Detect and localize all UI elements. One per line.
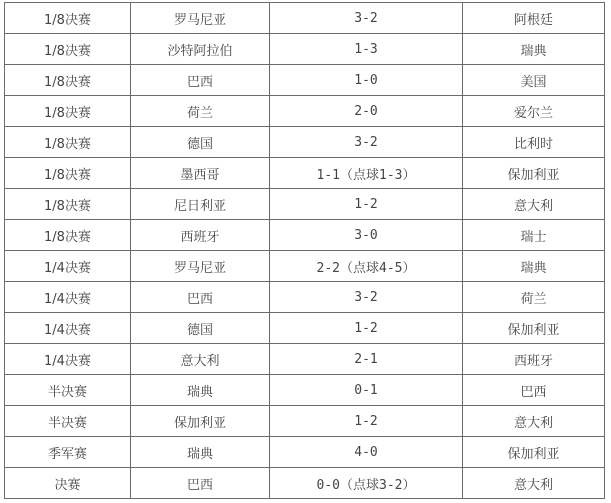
team1-cell: 西班牙	[131, 220, 270, 251]
team2-cell: 保加利亚	[463, 437, 605, 468]
team2-cell: 美国	[463, 65, 605, 96]
table-row: 1/8决赛西班牙3-0瑞士	[5, 220, 605, 251]
stage-cell: 半决赛	[5, 406, 131, 437]
table-row: 1/8决赛沙特阿拉伯1-3瑞典	[5, 34, 605, 65]
score-cell: 3-0	[270, 220, 463, 251]
score-cell: 4-0	[270, 437, 463, 468]
stage-cell: 1/8决赛	[5, 34, 131, 65]
team2-cell: 阿根廷	[463, 3, 605, 34]
team2-cell: 荷兰	[463, 282, 605, 313]
stage-cell: 1/8决赛	[5, 3, 131, 34]
team1-cell: 沙特阿拉伯	[131, 34, 270, 65]
team2-cell: 意大利	[463, 406, 605, 437]
score-cell: 3-2	[270, 127, 463, 158]
stage-cell: 1/4决赛	[5, 313, 131, 344]
team1-cell: 保加利亚	[131, 406, 270, 437]
score-cell: 1-2	[270, 313, 463, 344]
team1-cell: 意大利	[131, 344, 270, 375]
team1-cell: 瑞典	[131, 437, 270, 468]
table-row: 1/8决赛罗马尼亚3-2阿根廷	[5, 3, 605, 34]
team1-cell: 德国	[131, 313, 270, 344]
team1-cell: 巴西	[131, 468, 270, 499]
score-cell: 2-2（点球4-5）	[270, 251, 463, 282]
score-cell: 3-2	[270, 3, 463, 34]
table-row: 1/4决赛罗马尼亚2-2（点球4-5）瑞典	[5, 251, 605, 282]
team2-cell: 瑞典	[463, 251, 605, 282]
stage-cell: 1/8决赛	[5, 65, 131, 96]
score-cell: 1-2	[270, 189, 463, 220]
table-row: 1/4决赛意大利2-1西班牙	[5, 344, 605, 375]
team1-cell: 瑞典	[131, 375, 270, 406]
stage-cell: 半决赛	[5, 375, 131, 406]
team1-cell: 罗马尼亚	[131, 251, 270, 282]
stage-cell: 1/4决赛	[5, 282, 131, 313]
team2-cell: 爱尔兰	[463, 96, 605, 127]
table-row: 半决赛瑞典0-1巴西	[5, 375, 605, 406]
stage-cell: 决赛	[5, 468, 131, 499]
table-row: 1/8决赛德国3-2比利时	[5, 127, 605, 158]
stage-cell: 1/8决赛	[5, 189, 131, 220]
table-row: 1/8决赛巴西1-0美国	[5, 65, 605, 96]
stage-cell: 1/8决赛	[5, 127, 131, 158]
score-cell: 2-1	[270, 344, 463, 375]
team2-cell: 比利时	[463, 127, 605, 158]
stage-cell: 1/4决赛	[5, 251, 131, 282]
score-cell: 1-3	[270, 34, 463, 65]
team1-cell: 巴西	[131, 282, 270, 313]
stage-cell: 1/8决赛	[5, 96, 131, 127]
table-row: 1/8决赛墨西哥1-1（点球1-3）保加利亚	[5, 158, 605, 189]
score-cell: 2-0	[270, 96, 463, 127]
team1-cell: 巴西	[131, 65, 270, 96]
team2-cell: 意大利	[463, 468, 605, 499]
team2-cell: 瑞士	[463, 220, 605, 251]
table-row: 季军赛瑞典4-0保加利亚	[5, 437, 605, 468]
table-row: 1/8决赛荷兰2-0爱尔兰	[5, 96, 605, 127]
team2-cell: 瑞典	[463, 34, 605, 65]
score-cell: 0-1	[270, 375, 463, 406]
stage-cell: 1/8决赛	[5, 220, 131, 251]
team1-cell: 荷兰	[131, 96, 270, 127]
stage-cell: 季军赛	[5, 437, 131, 468]
table-row: 1/8决赛尼日利亚1-2意大利	[5, 189, 605, 220]
match-results-table: 1/8决赛罗马尼亚3-2阿根廷 1/8决赛沙特阿拉伯1-3瑞典 1/8决赛巴西1…	[4, 2, 605, 499]
team1-cell: 尼日利亚	[131, 189, 270, 220]
score-cell: 1-2	[270, 406, 463, 437]
team2-cell: 西班牙	[463, 344, 605, 375]
stage-cell: 1/8决赛	[5, 158, 131, 189]
team2-cell: 保加利亚	[463, 158, 605, 189]
score-cell: 3-2	[270, 282, 463, 313]
score-cell: 1-1（点球1-3）	[270, 158, 463, 189]
stage-cell: 1/4决赛	[5, 344, 131, 375]
score-cell: 0-0（点球3-2）	[270, 468, 463, 499]
team2-cell: 巴西	[463, 375, 605, 406]
team2-cell: 保加利亚	[463, 313, 605, 344]
table-row: 决赛巴西0-0（点球3-2）意大利	[5, 468, 605, 499]
table-row: 1/4决赛德国1-2保加利亚	[5, 313, 605, 344]
team1-cell: 德国	[131, 127, 270, 158]
score-cell: 1-0	[270, 65, 463, 96]
table-row: 半决赛保加利亚1-2意大利	[5, 406, 605, 437]
table-row: 1/4决赛巴西3-2荷兰	[5, 282, 605, 313]
table-body: 1/8决赛罗马尼亚3-2阿根廷 1/8决赛沙特阿拉伯1-3瑞典 1/8决赛巴西1…	[5, 3, 605, 499]
team1-cell: 罗马尼亚	[131, 3, 270, 34]
team2-cell: 意大利	[463, 189, 605, 220]
team1-cell: 墨西哥	[131, 158, 270, 189]
